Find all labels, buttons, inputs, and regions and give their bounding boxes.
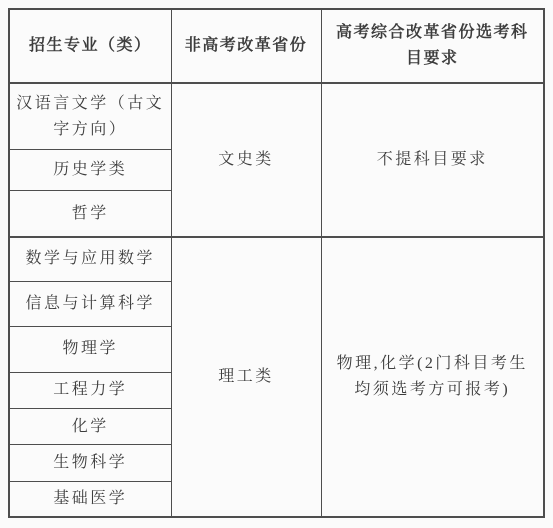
header-reform-requirement-cell: 高考综合改革省份选考科 目要求 — [321, 9, 544, 83]
header-non-reform-cell: 非高考改革省份 — [171, 9, 321, 83]
header-reform-line-1: 高考综合改革省份选考科 — [328, 20, 538, 46]
major-cell-chinese-language: 汉语言文学（古文 字方向） — [9, 83, 171, 149]
table-row: 数学与应用数学 理工类 物理,化学(2门科目考生 均须选考方可报考) — [9, 237, 544, 281]
major-cell-chemistry: 化学 — [9, 409, 171, 445]
requirement-cell-liberal-arts: 不提科目要求 — [321, 83, 544, 237]
major-cell-mathematics: 数学与应用数学 — [9, 237, 171, 281]
requirement-line: 物理,化学(2门科目考生 — [328, 351, 538, 377]
admission-subject-requirements-table: 招生专业（类） 非高考改革省份 高考综合改革省份选考科 目要求 汉语言文学（古文… — [8, 8, 545, 518]
major-cell-history: 历史学类 — [9, 150, 171, 191]
requirement-line: 不提科目要求 — [328, 147, 538, 173]
major-line: 字方向） — [16, 117, 165, 143]
page: 招生专业（类） 非高考改革省份 高考综合改革省份选考科 目要求 汉语言文学（古文… — [0, 0, 553, 528]
requirement-cell-science-engineering: 物理,化学(2门科目考生 均须选考方可报考) — [321, 237, 544, 517]
major-line: 汉语言文学（古文 — [16, 91, 165, 117]
major-cell-information-computing: 信息与计算科学 — [9, 281, 171, 326]
header-reform-line-2: 目要求 — [328, 46, 538, 72]
header-majors-cell: 招生专业（类） — [9, 9, 171, 83]
major-cell-engineering-mechanics: 工程力学 — [9, 372, 171, 408]
major-cell-basic-medicine: 基础医学 — [9, 482, 171, 517]
header-row: 招生专业（类） 非高考改革省份 高考综合改革省份选考科 目要求 — [9, 9, 544, 83]
major-cell-philosophy: 哲学 — [9, 191, 171, 237]
category-cell-liberal-arts: 文史类 — [171, 83, 321, 237]
requirement-line: 均须选考方可报考) — [328, 377, 538, 403]
major-cell-biological-science: 生物科学 — [9, 445, 171, 482]
major-cell-physics: 物理学 — [9, 326, 171, 372]
category-cell-science-engineering: 理工类 — [171, 237, 321, 517]
table-row: 汉语言文学（古文 字方向） 文史类 不提科目要求 — [9, 83, 544, 149]
